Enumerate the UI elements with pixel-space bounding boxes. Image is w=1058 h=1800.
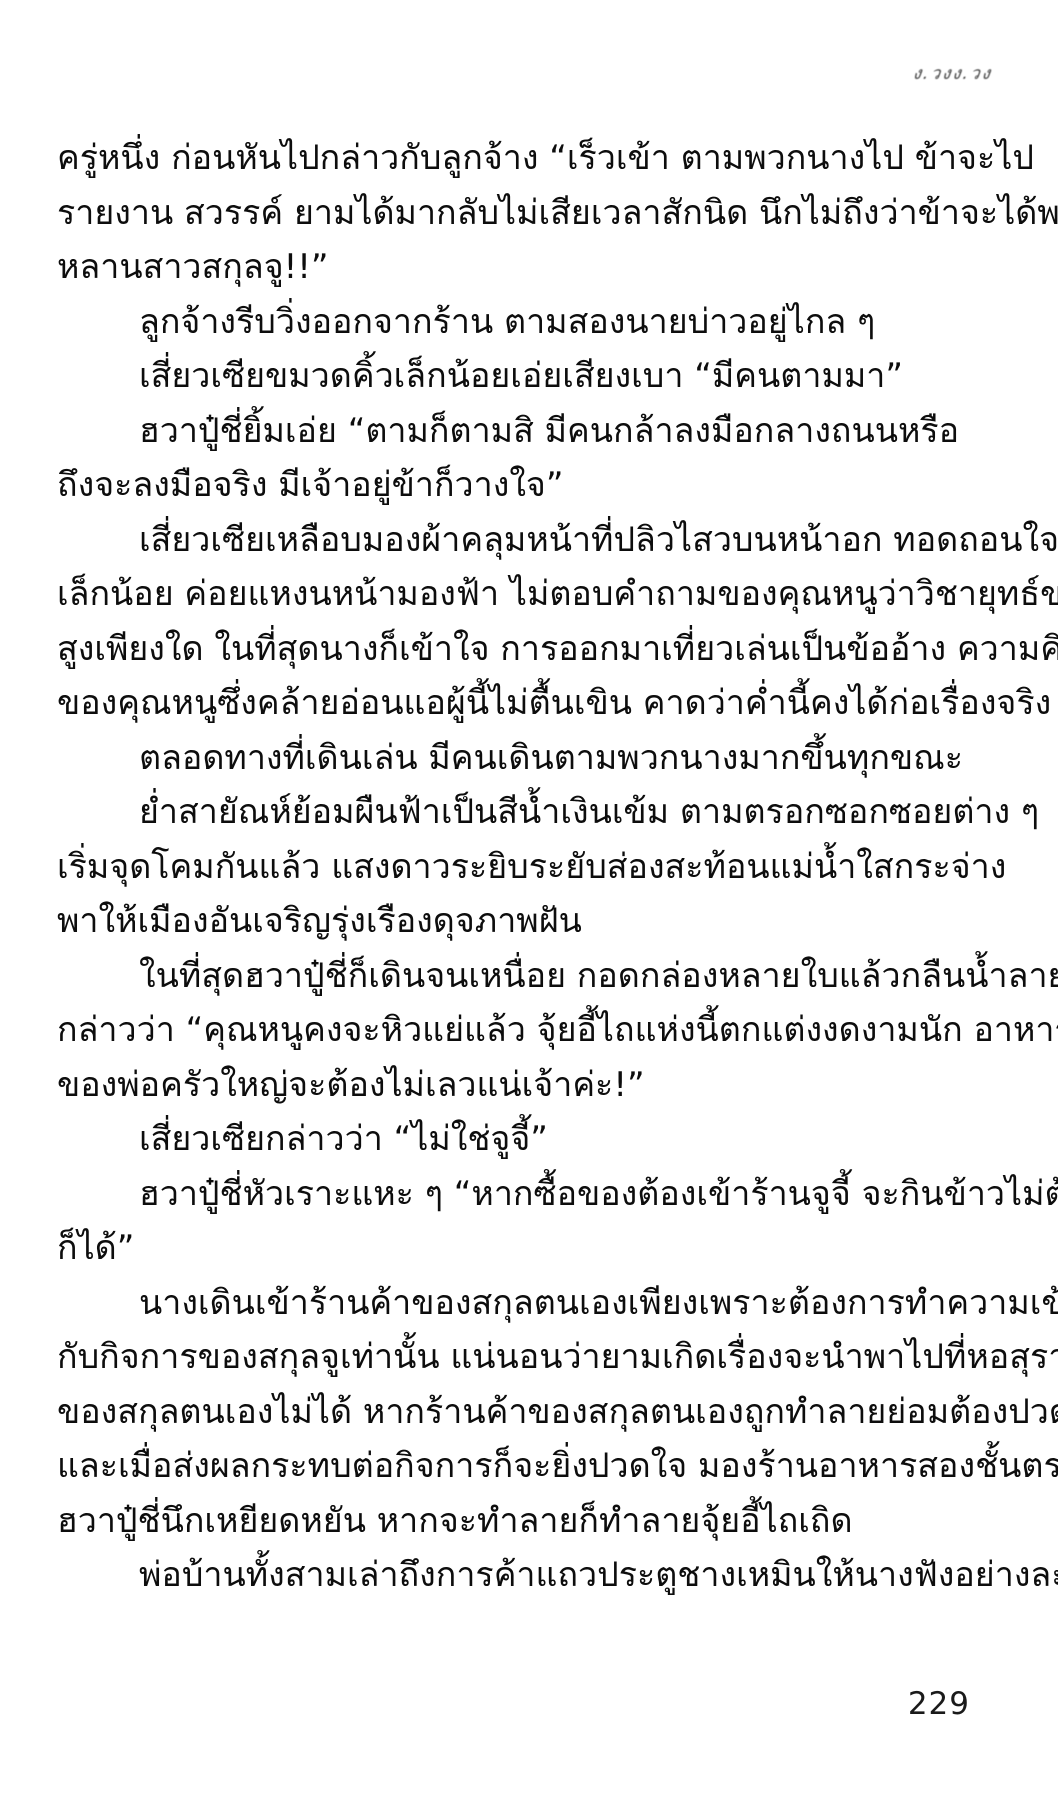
text-line: ของคุณหนูซึ่งคล้ายอ่อนแอผู้นี้ไม่ตื้นเขิ… [57, 676, 1008, 731]
page-number: 229 [908, 1686, 970, 1722]
text-line: ถึงจะลงมือจริง มีเจ้าอยู่ข้าก็วางใจ” [57, 458, 1008, 513]
text-line: พ่อบ้านทั้งสามเล่าถึงการค้าแถวประตูชางเห… [57, 1548, 1008, 1603]
book-page: ง.วงง.วง ครู่หนึ่ง ก่อนหันไปกล่าวกับลูกจ… [0, 0, 1058, 1800]
text-line: สูงเพียงใด ในที่สุดนางก็เข้าใจ การออกมาเ… [57, 622, 1008, 677]
text-line: เล็กน้อย ค่อยแหงนหน้ามองฟ้า ไม่ตอบคำถามข… [57, 567, 1008, 622]
page-header-mark: ง.วงง.วง [911, 60, 994, 87]
text-line: รายงาน สวรรค์ ยามได้มากลับไม่เสียเวลาสัก… [57, 186, 1008, 241]
text-line: และเมื่อส่งผลกระทบต่อกิจการก็จะยิ่งปวดใจ… [57, 1439, 1008, 1494]
text-line: พาให้เมืองอันเจริญรุ่งเรืองดุจภาพฝัน [57, 894, 1008, 949]
text-line: ของสกุลตนเองไม่ได้ หากร้านค้าของสกุลตนเอ… [57, 1385, 1008, 1440]
text-line: กับกิจการของสกุลจูเท่านั้น แน่นอนว่ายามเ… [57, 1330, 1008, 1385]
text-line: ครู่หนึ่ง ก่อนหันไปกล่าวกับลูกจ้าง “เร็ว… [57, 131, 1008, 186]
text-line: ฮวาปู๋ชี่ยิ้มเอ่ย “ตามก็ตามสิ มีคนกล้าลง… [57, 404, 1008, 459]
body-text: ครู่หนึ่ง ก่อนหันไปกล่าวกับลูกจ้าง “เร็ว… [57, 131, 1008, 1603]
text-line: กล่าวว่า “คุณหนูคงจะหิวแย่แล้ว จุ้ยอี้ไถ… [57, 1003, 1008, 1058]
text-line: เริ่มจุดโคมกันแล้ว แสงดาวระยิบระยับส่องส… [57, 840, 1008, 895]
text-line: ก็ได้” [57, 1221, 1008, 1276]
text-line: ลูกจ้างรีบวิ่งออกจากร้าน ตามสองนายบ่าวอย… [57, 295, 1008, 350]
text-line: ย่ำสายัณห์ย้อมผืนฟ้าเป็นสีน้ำเงินเข้ม ตา… [57, 785, 1008, 840]
text-line: ในที่สุดฮวาปู๋ชี่ก็เดินจนเหนื่อย กอดกล่อ… [57, 949, 1008, 1004]
text-line: ฮวาปู๋ชี่หัวเราะแหะ ๆ “หากซื้อของต้องเข้… [57, 1167, 1008, 1222]
text-line: ฮวาปู๋ชี่นึกเหยียดหยัน หากจะทำลายก็ทำลาย… [57, 1494, 1008, 1549]
text-line: เสี่ยวเซียกล่าวว่า “ไม่ใช่จูจี้” [57, 1112, 1008, 1167]
text-line: เสี่ยวเซียขมวดคิ้วเล็กน้อยเอ่ยเสียงเบา “… [57, 349, 1008, 404]
text-line: ตลอดทางที่เดินเล่น มีคนเดินตามพวกนางมากข… [57, 731, 1008, 786]
text-line: นางเดินเข้าร้านค้าของสกุลตนเองเพียงเพราะ… [57, 1276, 1008, 1331]
text-line: เสี่ยวเซียเหลือบมองผ้าคลุมหน้าที่ปลิวไสว… [57, 513, 1008, 568]
text-line: ของพ่อครัวใหญ่จะต้องไม่เลวแน่เจ้าค่ะ!” [57, 1058, 1008, 1113]
text-line: หลานสาวสกุลจู!!” [57, 240, 1008, 295]
